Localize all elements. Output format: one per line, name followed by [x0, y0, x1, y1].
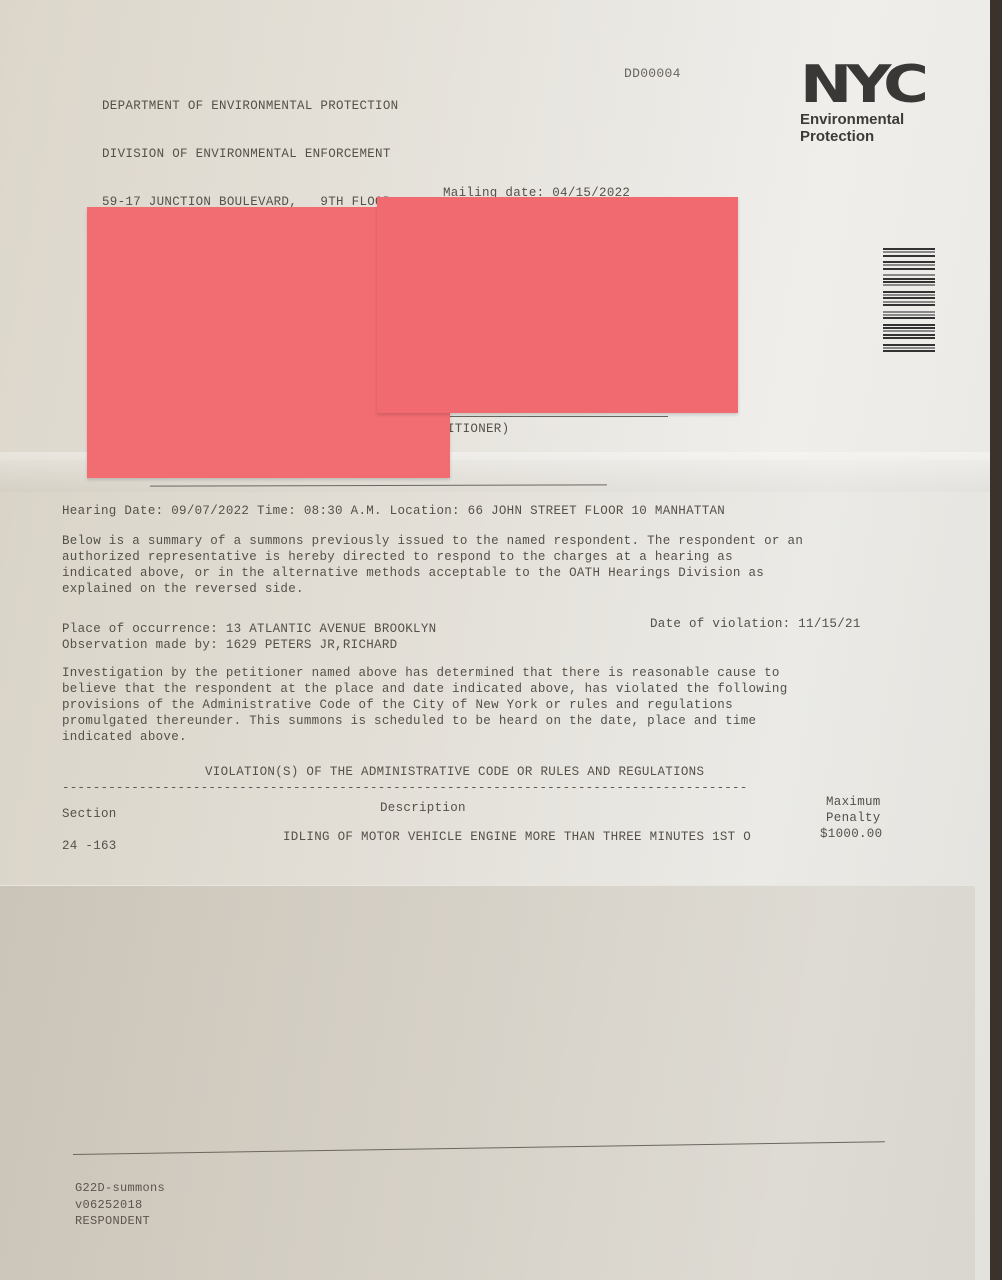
column-header-section: Section	[62, 806, 117, 822]
nyc-logo-mark: NYC	[800, 59, 974, 111]
summary-paragraph: Below is a summary of a summons previous…	[62, 533, 803, 597]
violations-divider: ----------------------------------------…	[62, 780, 747, 796]
violation-section: 24 -163	[62, 838, 117, 854]
hearing-details: Hearing Date: 09/07/2022 Time: 08:30 A.M…	[62, 503, 725, 519]
summons-page: DEPARTMENT OF ENVIRONMENTAL PROTECTION D…	[0, 0, 990, 1280]
petitioner-label-fragment: ITIONER)	[447, 421, 509, 437]
redaction-sticky-note-right	[377, 197, 738, 413]
document-id: DD00004	[624, 66, 681, 82]
date-of-violation: Date of violation: 11/15/21	[650, 616, 861, 632]
logo-line-2: Protection	[800, 128, 945, 145]
address-line: DIVISION OF ENVIRONMENTAL ENFORCEMENT	[102, 146, 398, 162]
address-line: DEPARTMENT OF ENVIRONMENTAL PROTECTION	[102, 98, 398, 114]
violation-penalty: $1000.00	[820, 826, 882, 842]
nyc-dep-logo: NYC Environmental Protection	[800, 59, 945, 145]
investigation-paragraph: Investigation by the petitioner named ab…	[62, 665, 788, 745]
form-footer: G22D-summons v06252018 RESPONDENT	[75, 1180, 165, 1230]
column-header-description: Description	[380, 800, 466, 816]
column-header-penalty: Maximum Penalty	[826, 794, 881, 826]
signature-line	[450, 416, 668, 417]
violations-title: VIOLATION(S) OF THE ADMINISTRATIVE CODE …	[205, 764, 704, 780]
barcode-icon	[883, 248, 935, 376]
violation-description: IDLING OF MOTOR VEHICLE ENGINE MORE THAN…	[283, 829, 751, 845]
place-of-occurrence: Place of occurrence: 13 ATLANTIC AVENUE …	[62, 621, 436, 653]
